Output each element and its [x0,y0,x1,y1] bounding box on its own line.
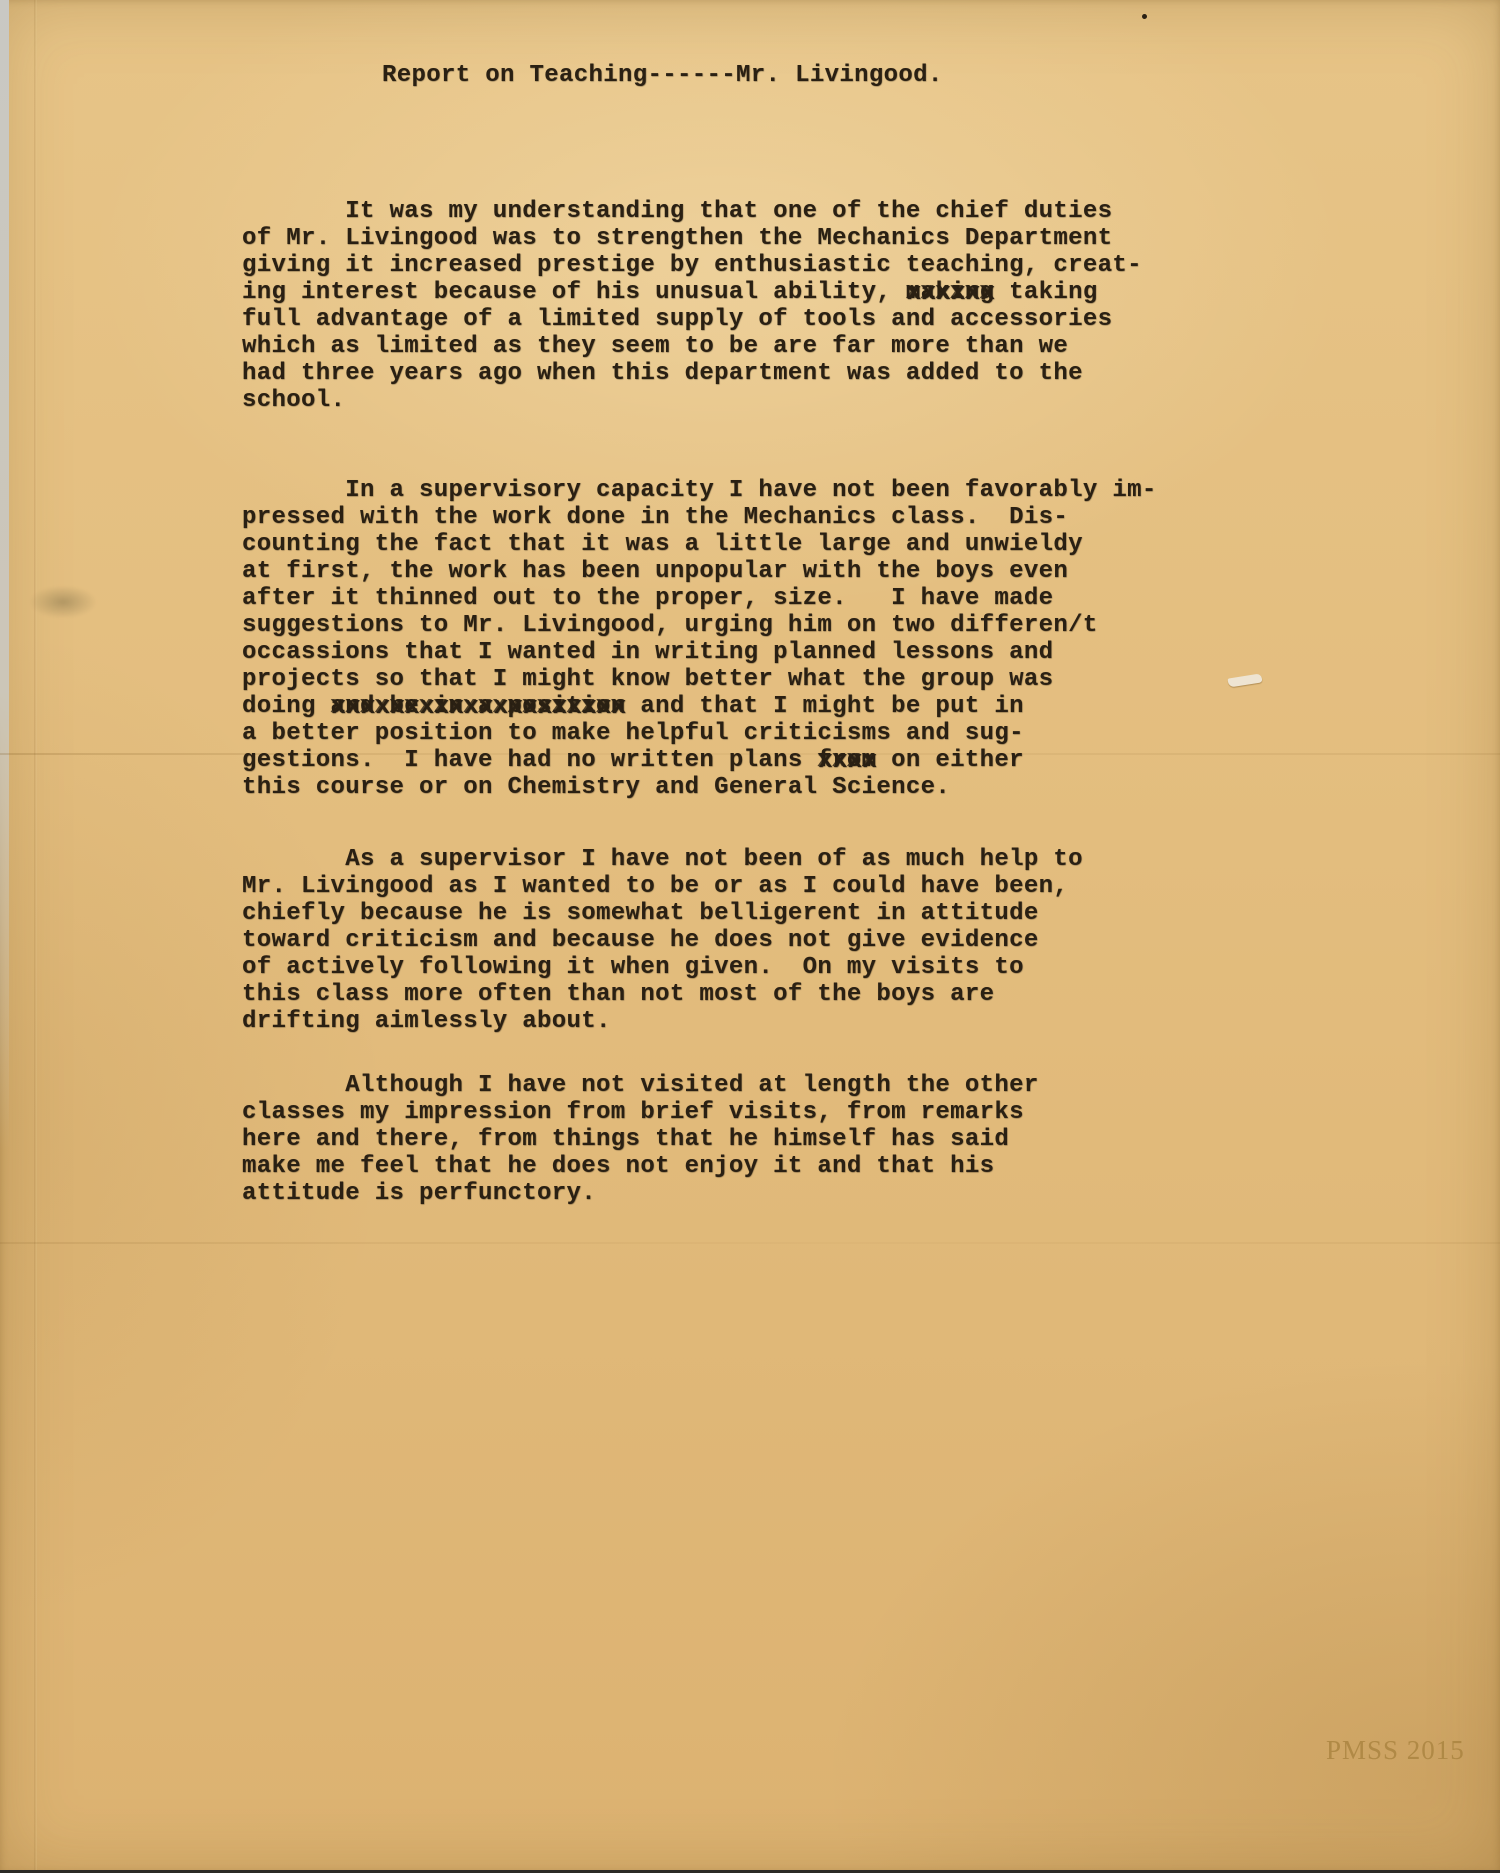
typed-text: here and there, from things that he hims… [242,1126,1009,1153]
typed-text: school. [242,387,345,414]
typed-text: pressed with the work done in the Mechan… [242,504,1068,531]
overstruck-text: from [817,747,876,774]
paragraph-1: It was my understanding that one of the … [242,198,1142,414]
typed-text: a better position to make helpful critic… [242,720,1024,747]
typed-line: toward criticism and because he does not… [242,927,1083,954]
typed-line: make me feel that he does not enjoy it a… [242,1153,1039,1180]
typed-line: of actively following it when given. On … [242,954,1083,981]
typed-line: after it thinned out to the proper, size… [242,585,1157,612]
typed-line: school. [242,387,1142,414]
typed-text: doing [242,693,331,720]
typed-text: As a supervisor I have not been of as mu… [242,846,1083,873]
typed-line: this course or on Chemistry and General … [242,774,1157,801]
paper-crease-vertical [34,0,37,1873]
typed-text: giving it increased prestige by enthusia… [242,252,1142,279]
typed-text: It was my understanding that one of the … [242,198,1112,225]
typed-line: this class more often than not most of t… [242,981,1083,1008]
typed-line: drifting aimlessly about. [242,1008,1083,1035]
scanner-edge-left [0,0,9,1150]
typed-line: at first, the work has been unpopular wi… [242,558,1157,585]
typed-line: attitude is perfunctory. [242,1180,1039,1207]
paragraph-4: Although I have not visited at length th… [242,1072,1039,1207]
typed-line: had three years ago when this department… [242,360,1142,387]
ink-dot [1142,14,1147,19]
typed-text: drifting aimlessly about. [242,1008,611,1035]
typed-line: occassions that I wanted in writing plan… [242,639,1157,666]
typed-line: full advantage of a limited supply of to… [242,306,1142,333]
typed-text: of actively following it when given. On … [242,954,1024,981]
typed-text: taking [994,279,1097,306]
typed-text: classes my impression from brief visits,… [242,1099,1024,1126]
typed-line: pressed with the work done in the Mechan… [242,504,1157,531]
typed-text: of Mr. Livingood was to strengthen the M… [242,225,1112,252]
typed-line: Although I have not visited at length th… [242,1072,1039,1099]
typed-line: of Mr. Livingood was to strengthen the M… [242,225,1142,252]
typed-text: attitude is perfunctory. [242,1180,596,1207]
typed-line: giving it increased prestige by enthusia… [242,252,1142,279]
typed-text: this course or on Chemistry and General … [242,774,950,801]
typed-line: suggestions to Mr. Livingood, urging him… [242,612,1157,639]
typed-line: In a supervisory capacity I have not bee… [242,477,1157,504]
typed-line: a better position to make helpful critic… [242,720,1157,747]
typed-text: counting the fact that it was a little l… [242,531,1083,558]
typed-line: projects so that I might know better wha… [242,666,1157,693]
typed-text: full advantage of a limited supply of to… [242,306,1112,333]
typed-text: this class more often than not most of t… [242,981,994,1008]
typed-text: at first, the work has been unpopular wi… [242,558,1068,585]
overstruck-text: making [906,279,995,306]
typed-text: toward criticism and because he does not… [242,927,1039,954]
typed-text: Although I have not visited at length th… [242,1072,1039,1099]
paper-tear [1228,673,1263,687]
typed-text: Mr. Livingood as I wanted to be or as I … [242,873,1068,900]
typed-text: on either [876,747,1024,774]
typed-text: which as limited as they seem to be are … [242,333,1068,360]
overstruck-text: and be in a position [331,693,626,720]
typed-line: ing interest because of his unusual abil… [242,279,1142,306]
typed-text: gestions. I have had no written plans [242,747,817,774]
typed-line: counting the fact that it was a little l… [242,531,1157,558]
paper-smudge [18,580,108,624]
typed-line: Mr. Livingood as I wanted to be or as I … [242,873,1083,900]
typed-line: chiefly because he is somewhat belligere… [242,900,1083,927]
typed-line: classes my impression from brief visits,… [242,1099,1039,1126]
typed-text: and that I might be put in [626,693,1024,720]
typed-text: suggestions to Mr. Livingood, urging him… [242,612,1098,639]
paragraph-3: As a supervisor I have not been of as mu… [242,846,1083,1035]
scanned-page: Report on Teaching------Mr. Livingood. I… [0,0,1500,1873]
paper-crease-horizontal-2 [0,1242,1500,1244]
typed-text: In a supervisory capacity I have not bee… [242,477,1157,504]
typed-text: occassions that I wanted in writing plan… [242,639,1053,666]
typed-line: It was my understanding that one of the … [242,198,1142,225]
typed-text: after it thinned out to the proper, size… [242,585,1053,612]
paragraph-2: In a supervisory capacity I have not bee… [242,477,1157,801]
typed-line: here and there, from things that he hims… [242,1126,1039,1153]
typed-text: chiefly because he is somewhat belligere… [242,900,1039,927]
typed-line: gestions. I have had no written plans fr… [242,747,1157,774]
typed-text: make me feel that he does not enjoy it a… [242,1153,994,1180]
typed-text: projects so that I might know better wha… [242,666,1053,693]
typed-text: ing interest because of his unusual abil… [242,279,906,306]
watermark: PMSS 2015 [1326,1735,1465,1766]
typed-line: As a supervisor I have not been of as mu… [242,846,1083,873]
typed-line: doing and be in a position and that I mi… [242,693,1157,720]
typed-line: which as limited as they seem to be are … [242,333,1142,360]
document-title: Report on Teaching------Mr. Livingood. [382,62,943,89]
typed-text: had three years ago when this department… [242,360,1083,387]
